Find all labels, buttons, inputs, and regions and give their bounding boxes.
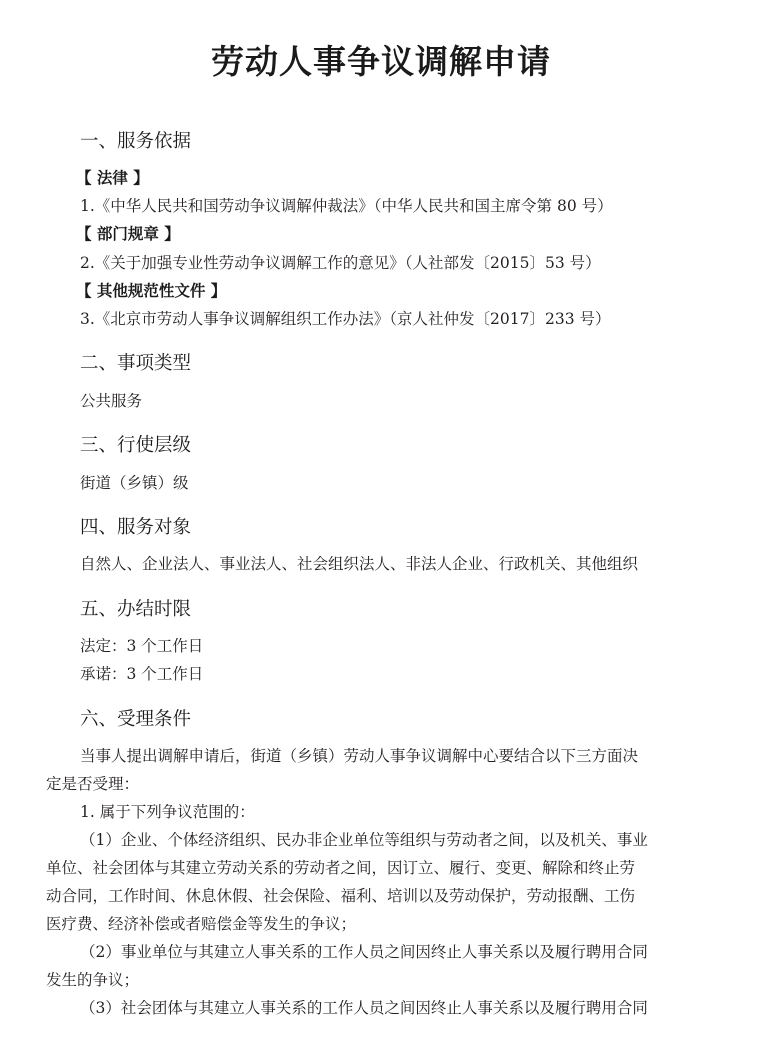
time-limit-promised: 承诺：3 个工作日 xyxy=(80,662,203,684)
tag-law: 【 法律 】 xyxy=(76,166,149,188)
time-limit-legal: 法定：3 个工作日 xyxy=(80,634,203,656)
basis-item-3: 3.《北京市劳动人事争议调解组织工作办法》（京人社仲发〔2017〕233 号） xyxy=(80,307,611,329)
conditions-line-8: （2）事业单位与其建立人事关系的工作人员之间因终止人事关系以及履行聘用合同 xyxy=(80,940,648,962)
tag-other-docs: 【 其他规范性文件 】 xyxy=(76,279,226,301)
conditions-line-5: 单位、社会团体与其建立劳动关系的劳动者之间，因订立、履行、变更、解除和终止劳 xyxy=(46,856,635,878)
conditions-line-6: 动合同，工作时间、休息休假、社会保险、福利、培训以及劳动保护，劳动报酬、工伤 xyxy=(46,884,635,906)
section-heading-time-limit: 五、办结时限 xyxy=(80,595,191,621)
page-title: 劳动人事争议调解申请 xyxy=(0,36,762,83)
basis-item-1: 1.《中华人民共和国劳动争议调解仲裁法》（中华人民共和国主席令第 80 号） xyxy=(80,194,613,216)
tag-dept-rules: 【 部门规章 】 xyxy=(76,222,180,244)
section-heading-type: 二、事项类型 xyxy=(80,349,191,375)
conditions-line-3: 1. 属于下列争议范围的： xyxy=(80,800,255,822)
section-heading-basis: 一、服务依据 xyxy=(80,127,191,153)
section-heading-level: 三、行使层级 xyxy=(80,431,191,457)
conditions-line-2: 定是否受理： xyxy=(46,772,139,794)
conditions-line-9: 发生的争议； xyxy=(46,968,139,990)
target-value: 自然人、企业法人、事业法人、社会组织法人、非法人企业、行政机关、其他组织 xyxy=(80,552,638,574)
level-value: 街道（乡镇）级 xyxy=(80,471,189,493)
conditions-line-10: （3）社会团体与其建立人事关系的工作人员之间因终止人事关系以及履行聘用合同 xyxy=(80,996,648,1018)
conditions-line-7: 医疗费、经济补偿或者赔偿金等发生的争议； xyxy=(46,912,356,934)
basis-item-2: 2.《关于加强专业性劳动争议调解工作的意见》（人社部发〔2015〕53 号） xyxy=(80,251,601,273)
conditions-line-4: （1）企业、个体经济组织、民办非企业单位等组织与劳动者之间，以及机关、事业 xyxy=(80,828,648,850)
section-heading-target: 四、服务对象 xyxy=(80,513,191,539)
section-heading-conditions: 六、受理条件 xyxy=(80,705,191,731)
conditions-line-1: 当事人提出调解申请后，街道（乡镇）劳动人事争议调解中心要结合以下三方面决 xyxy=(80,744,638,766)
type-value: 公共服务 xyxy=(80,389,142,411)
